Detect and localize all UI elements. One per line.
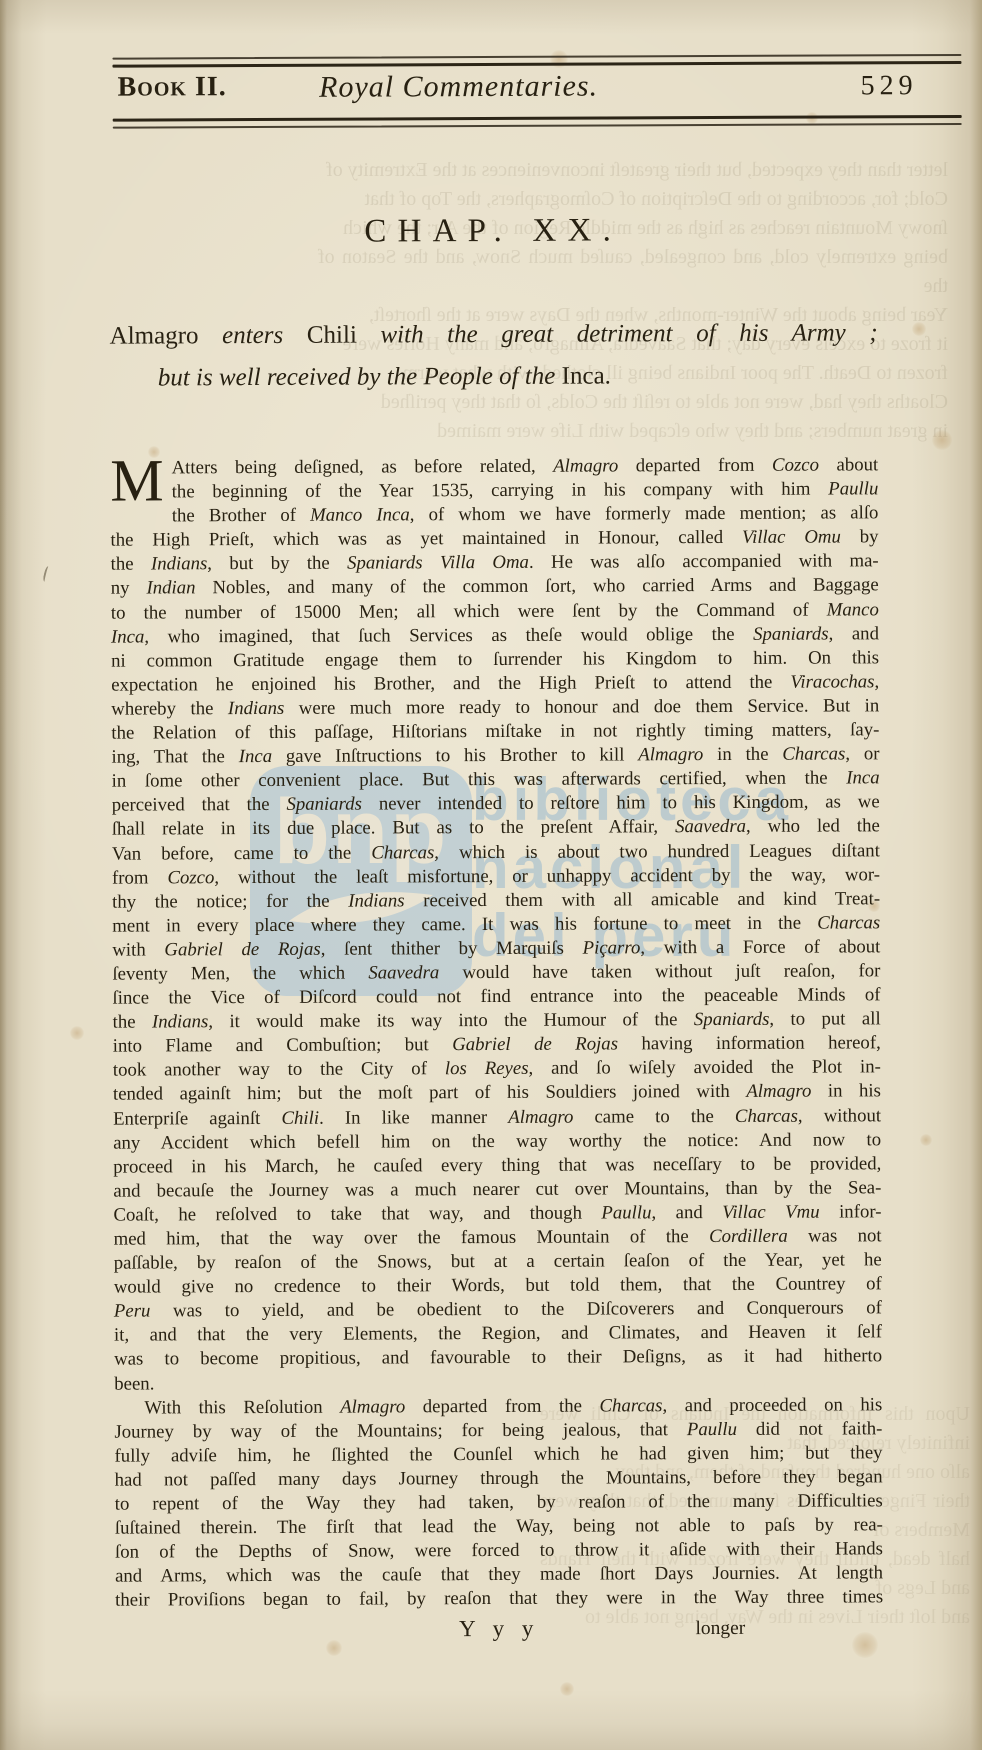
body-line: with Gabriel de Rojas, ſent thither by M… bbox=[112, 935, 880, 962]
body-line: Atters being deſigned, as before related… bbox=[110, 453, 878, 480]
roman-text: proceed in his March, he cauſed every th… bbox=[113, 1153, 881, 1177]
italic-text: Villac Omu bbox=[742, 527, 841, 548]
italic-text: Paullu bbox=[601, 1202, 651, 1223]
body-line: paſſable, by reaſon of the Snows, but at… bbox=[114, 1248, 882, 1275]
roman-text: , without bbox=[798, 1105, 881, 1126]
roman-text: . He was alſo accompanied with ma- bbox=[529, 551, 879, 574]
body-line: whereby the Indians were much more ready… bbox=[111, 694, 879, 721]
roman-text: the bbox=[111, 554, 151, 575]
roman-text: departed from bbox=[618, 455, 772, 477]
body-line: Coaſt, he reſolved to take that way, and… bbox=[113, 1200, 881, 1227]
page-number: 529 bbox=[860, 70, 917, 102]
roman-text: by bbox=[841, 527, 879, 548]
roman-text: ſuſtained therein. The firſt that lead t… bbox=[115, 1514, 883, 1538]
roman-text: from bbox=[112, 867, 167, 888]
body-line: been. bbox=[114, 1369, 882, 1396]
header-rule-bottom-thin bbox=[113, 123, 962, 129]
roman-text: would have taken without juſt reaſon, fo… bbox=[439, 960, 880, 983]
roman-text: in his bbox=[811, 1081, 881, 1102]
body-text: MAtters being deſigned, as before relate… bbox=[110, 453, 883, 1613]
italic-text: Gabriel de Rojas bbox=[164, 939, 320, 961]
roman-text: took another way to the City of bbox=[113, 1059, 445, 1081]
italic-text: Viracochas bbox=[790, 671, 874, 692]
body-line: their Proviſions began to fail, by reaſo… bbox=[115, 1586, 883, 1613]
body-line: proceed in his March, he cauſed every th… bbox=[113, 1152, 881, 1179]
roman-text: had not paſſed many days Journey through… bbox=[115, 1466, 883, 1490]
roman-text: the High Prieſt, which was as yet mainta… bbox=[110, 527, 742, 551]
roman-text: received them with all amicable and kind… bbox=[404, 888, 880, 911]
body-line: Van before, came to the Charcas, which i… bbox=[112, 839, 880, 866]
roman-text: and Arms, which was the cauſe that they … bbox=[115, 1563, 883, 1587]
body-line: fully adviſe him, he ſlighted the Counſe… bbox=[114, 1441, 882, 1468]
roman-text: would give no credence to their Words, b… bbox=[114, 1273, 882, 1297]
roman-text: to the number of 15000 Men; all which we… bbox=[111, 599, 827, 623]
roman-text: With this Reſolution bbox=[144, 1396, 340, 1418]
roman-text: about bbox=[819, 454, 878, 475]
body-line: expectation he enjoined his Brother, and… bbox=[111, 670, 879, 697]
italic-text: Cozco bbox=[167, 867, 214, 888]
roman-text: , bbox=[874, 671, 879, 692]
roman-text: thy the notice; for the bbox=[112, 890, 348, 912]
roman-text: in ſome other convenient place. But this… bbox=[112, 768, 847, 792]
italic-text: Charcas bbox=[371, 842, 434, 863]
roman-text: ny bbox=[111, 578, 147, 599]
roman-text: in the bbox=[703, 744, 782, 765]
chapter-heading: CHAP. XX. bbox=[109, 211, 877, 251]
roman-text: were much more ready to honour and doe t… bbox=[284, 695, 879, 719]
body-line: perceived that the Spaniards never inten… bbox=[112, 791, 880, 818]
roman-text: , who led the bbox=[746, 816, 880, 838]
roman-text: fully adviſe him, he ſlighted the Counſe… bbox=[114, 1442, 882, 1466]
roman-text: departed from the bbox=[405, 1395, 599, 1417]
italic-text: Piçarro bbox=[583, 937, 641, 958]
italic-text: Charcas bbox=[817, 912, 880, 933]
book-page: letter than they expected, but their gre… bbox=[0, 0, 982, 1750]
roman-text: med him, that the way over the famous Mo… bbox=[114, 1226, 710, 1250]
body-line: took another way to the City of los Reye… bbox=[113, 1056, 881, 1083]
header-rule-top-thin bbox=[112, 54, 961, 60]
italic-text: Indian bbox=[146, 578, 195, 599]
body-line: ment in every place where they came. It … bbox=[112, 911, 880, 938]
italic-text: Paullu bbox=[828, 478, 878, 499]
body-line: to repent of the Way they had taken, by … bbox=[115, 1489, 883, 1516]
italic-text: Indians bbox=[228, 698, 284, 719]
body-line: the Indians, it would make its way into … bbox=[113, 1007, 881, 1034]
subtitle-line: but is well received by the People of th… bbox=[110, 354, 878, 399]
italic-text: Almagro bbox=[340, 1396, 405, 1417]
italic-text: Peru bbox=[114, 1301, 151, 1322]
chapter-subtitle: Almagro enters Chili with the great detr… bbox=[110, 312, 878, 399]
body-line: the High Prieſt, which was as yet mainta… bbox=[110, 526, 878, 553]
roman-text: ing, That the bbox=[111, 746, 238, 768]
body-line: the beginning of the Year 1535, carrying… bbox=[110, 477, 878, 504]
italic-text: Inca bbox=[111, 626, 144, 647]
roman-text: Van before, came to the bbox=[112, 842, 371, 864]
italic-text: Cozco bbox=[772, 455, 819, 476]
italic-text: Charcas bbox=[735, 1105, 798, 1126]
italic-text: Spaniards Villa Oma bbox=[347, 552, 529, 574]
italic-text: Paullu bbox=[687, 1419, 737, 1440]
body-line: ſuſtained therein. The firſt that lead t… bbox=[115, 1513, 883, 1540]
roman-text: ſince the Vice of Diſcord could not find… bbox=[112, 984, 880, 1008]
body-line: in ſome other convenient place. But this… bbox=[112, 767, 880, 794]
body-line: into Flame and Combuſtion; but Gabriel d… bbox=[113, 1032, 881, 1059]
roman-text: the beginning of the Year 1535, carrying… bbox=[172, 479, 829, 503]
roman-text: , of whom we have formerly made mention;… bbox=[410, 502, 879, 525]
roman-text: expectation he enjoined his Brother, and… bbox=[111, 672, 790, 696]
header-rule-top-thick bbox=[112, 61, 961, 68]
roman-text: Coaſt, he reſolved to take that way, and… bbox=[113, 1202, 601, 1225]
roman-text: ſhall relate in its due place. But as to… bbox=[112, 817, 675, 840]
italic-text: Almagro bbox=[638, 744, 703, 765]
roman-text: been. bbox=[114, 1373, 154, 1394]
roman-text: whereby the bbox=[111, 698, 228, 720]
roman-text: , and ſo wiſely avoided the Plot in- bbox=[528, 1057, 880, 1080]
body-line: the Relation of this paſſage, Hiſtorians… bbox=[111, 718, 879, 745]
body-line: Peru was to yield, and be obedient to th… bbox=[114, 1297, 882, 1324]
roman-text: the bbox=[113, 1012, 152, 1033]
roman-text: did not faith- bbox=[737, 1418, 882, 1440]
roman-text: ſeventy Men, the which bbox=[112, 963, 368, 985]
roman-text: the Brother of bbox=[172, 505, 310, 527]
roman-text: , with a Force of about bbox=[640, 936, 880, 958]
roman-text: Inca. bbox=[562, 362, 611, 389]
roman-text: Enterpriſe againſt bbox=[113, 1107, 281, 1129]
roman-text: any Accident which befell him on the way… bbox=[113, 1129, 881, 1153]
body-line: ſeventy Men, the which Saavedra would ha… bbox=[112, 959, 880, 986]
italic-text: Gabriel de Rojas bbox=[452, 1034, 618, 1056]
roman-text: into Flame and Combuſtion; but bbox=[113, 1034, 453, 1056]
drop-cap: M bbox=[110, 456, 172, 506]
roman-text: , or bbox=[845, 743, 879, 764]
italic-text: Spaniards bbox=[694, 1009, 770, 1030]
roman-text: , ſent thither by Marquiſs bbox=[321, 937, 583, 959]
roman-text: the Relation of this paſſage, Hiſtorians… bbox=[111, 719, 879, 743]
page-footer: Y y y longer bbox=[115, 1614, 883, 1647]
italic-text: Indians bbox=[348, 890, 404, 911]
body-line: was to become propitious, and favourable… bbox=[114, 1345, 882, 1372]
roman-text: Nobles, and many of the common ſort, who… bbox=[195, 575, 878, 599]
catchword: longer bbox=[695, 1618, 745, 1640]
roman-text: , and bbox=[651, 1202, 722, 1223]
roman-text: , and bbox=[829, 623, 879, 644]
italic-text: Spaniards bbox=[753, 623, 829, 644]
italic-text: Spaniards bbox=[286, 794, 362, 815]
italic-text: Charcas bbox=[599, 1395, 662, 1416]
roman-text: ni common Gratitude engage them to ſurre… bbox=[111, 647, 879, 671]
roman-text: their Proviſions began to fail, by reaſo… bbox=[115, 1587, 883, 1611]
italic-text: los Reyes bbox=[445, 1058, 529, 1079]
italic-text: Indians bbox=[151, 554, 207, 575]
body-line: With this Reſolution Almagro departed fr… bbox=[114, 1393, 882, 1420]
italic-text: Manco bbox=[827, 599, 879, 620]
body-line: med him, that the way over the famous Mo… bbox=[114, 1224, 882, 1251]
body-line: ſhall relate in its due place. But as to… bbox=[112, 815, 880, 842]
roman-text: to repent of the Way they had taken, by … bbox=[115, 1490, 883, 1514]
body-line: the Brother of Manco Inca, of whom we ha… bbox=[110, 501, 878, 528]
body-line: ſince the Vice of Diſcord could not find… bbox=[112, 983, 880, 1010]
body-line: the Indians, but by the Spaniards Villa … bbox=[111, 550, 879, 577]
body-line: from Cozco, without the leaſt misfortune… bbox=[112, 863, 880, 890]
roman-text: perceived that the bbox=[112, 794, 287, 816]
italic-text: Almagro bbox=[746, 1081, 811, 1102]
body-line: ni common Gratitude engage them to ſurre… bbox=[111, 646, 879, 673]
italic-text: Inca bbox=[846, 768, 879, 789]
body-line: Inca, who imagined, that ſuch Services a… bbox=[111, 622, 879, 649]
body-line: any Accident which befell him on the way… bbox=[113, 1128, 881, 1155]
roman-text: , it would make its way into the Humour … bbox=[208, 1009, 694, 1032]
roman-text: paſſable, by reaſon of the Snows, but at… bbox=[114, 1249, 882, 1273]
roman-text: ſon of the Depths of Snow, were forced t… bbox=[115, 1539, 883, 1563]
italic-text: Saavedra bbox=[368, 962, 439, 983]
italic-text: Almagro bbox=[553, 455, 618, 476]
roman-text: . In like manner bbox=[319, 1106, 508, 1128]
roman-text: and becauſe the Journey was a much neare… bbox=[113, 1177, 881, 1201]
italic-text: Villac Vmu bbox=[722, 1201, 819, 1222]
roman-text: , without the leaſt misfortune, or unhap… bbox=[214, 864, 880, 888]
roman-text: was not bbox=[788, 1225, 882, 1246]
body-line: ny Indian Nobles, and many of the common… bbox=[111, 574, 879, 601]
italic-text: Inca bbox=[239, 746, 272, 767]
roman-text: Chili bbox=[307, 321, 381, 348]
roman-text: , which is about two hundred Leagues diſ… bbox=[434, 840, 880, 863]
roman-text: Journey by way of the Mountains; for bei… bbox=[114, 1419, 687, 1442]
body-line: thy the notice; for the Indians received… bbox=[112, 887, 880, 914]
body-line: ing, That the Inca gave Inſtructions to … bbox=[111, 742, 879, 769]
body-line: Enterpriſe againſt Chili. In like manner… bbox=[113, 1104, 881, 1131]
body-line: tended againſt him; but the moſt part of… bbox=[113, 1080, 881, 1107]
roman-text: Atters being deſigned, as before related… bbox=[172, 456, 554, 479]
italic-text: Chili bbox=[281, 1107, 319, 1128]
roman-text: never intended to reſtore him to his Kin… bbox=[362, 792, 880, 815]
running-title: Royal Commentaries. bbox=[108, 69, 808, 106]
roman-text: infor- bbox=[820, 1201, 882, 1222]
roman-text: , and proceeded on his bbox=[662, 1394, 882, 1416]
roman-text: gave Inſtructions to his Brother to kill bbox=[272, 744, 638, 767]
roman-text: tended againſt him; but the moſt part of… bbox=[113, 1081, 746, 1105]
body-line: ſon of the Depths of Snow, were forced t… bbox=[115, 1538, 883, 1565]
roman-text: ment in every place where they came. It … bbox=[112, 912, 817, 936]
body-line: to the number of 15000 Men; all which we… bbox=[111, 598, 879, 625]
roman-text: with bbox=[112, 939, 164, 960]
italic-text: Saavedra bbox=[675, 816, 746, 837]
body-line: and Arms, which was the cauſe that they … bbox=[115, 1562, 883, 1589]
signature-mark: Y y y bbox=[115, 1614, 883, 1643]
body-line: had not paſſed many days Journey through… bbox=[115, 1465, 883, 1492]
italic-text: Indians bbox=[152, 1011, 208, 1032]
italic-text: Manco Inca bbox=[310, 505, 410, 526]
italic-text: enters bbox=[222, 322, 307, 349]
roman-text: was to yield, and be obedient to the Diſ… bbox=[150, 1298, 882, 1322]
italic-text: but is well received by the People of th… bbox=[158, 363, 562, 392]
subtitle-line: Almagro enters Chili with the great detr… bbox=[110, 312, 878, 357]
italic-text: Almagro bbox=[508, 1106, 573, 1127]
roman-text: , but by the bbox=[207, 553, 347, 575]
roman-text: was to become propitious, and favourable… bbox=[114, 1346, 882, 1370]
roman-text: it, and that the very Elements, the Regi… bbox=[114, 1322, 882, 1346]
body-line: and becauſe the Journey was a much neare… bbox=[113, 1176, 881, 1203]
running-header: Book II. Royal Commentaries. 529 bbox=[0, 0, 979, 152]
roman-text: having information hereof, bbox=[618, 1033, 881, 1055]
body-line: would give no credence to their Words, b… bbox=[114, 1272, 882, 1299]
page-content: Book II. Royal Commentaries. 529 CHAP. X… bbox=[0, 0, 982, 1750]
roman-text: came to the bbox=[573, 1105, 735, 1127]
italic-text: Charcas bbox=[782, 744, 845, 765]
italic-text: with the great detriment of his Army ; bbox=[380, 319, 877, 348]
roman-text: , who imagined, that ſuch Services as th… bbox=[144, 624, 753, 648]
italic-text: Cordillera bbox=[709, 1226, 788, 1247]
header-rule-bottom-thick bbox=[113, 115, 962, 122]
body-line: it, and that the very Elements, the Regi… bbox=[114, 1321, 882, 1348]
roman-text: , to put all bbox=[769, 1008, 880, 1029]
roman-text: Almagro bbox=[110, 322, 223, 349]
body-line: Journey by way of the Mountains; for bei… bbox=[114, 1417, 882, 1444]
